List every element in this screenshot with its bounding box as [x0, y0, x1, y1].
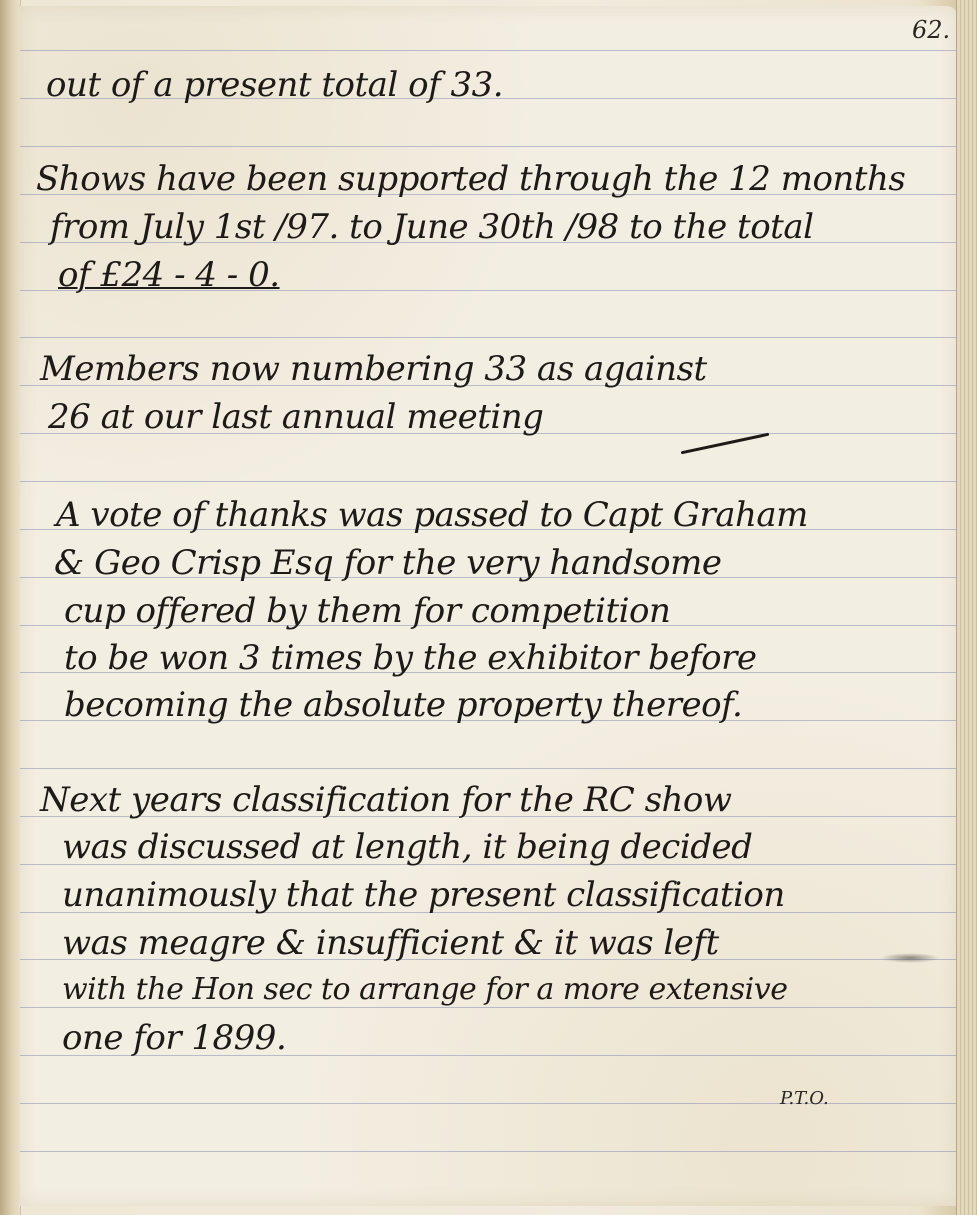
ruled-line [20, 337, 957, 338]
handwritten-line: out of a present total of 33. [46, 68, 503, 102]
handwritten-line: becoming the absolute property thereof. [64, 688, 742, 722]
handwritten-line: of £24 - 4 - 0. [58, 258, 280, 292]
handwritten-line: 26 at our last annual meeting [48, 400, 543, 434]
please-turn-over-note: P.T.O. [780, 1088, 829, 1109]
handwritten-line: cup offered by them for competition [64, 594, 670, 628]
ruled-line [20, 50, 957, 51]
binding-gutter [0, 0, 21, 1215]
handwritten-line: with the Hon sec to arrange for a more e… [62, 975, 787, 1005]
handwritten-line: from July 1st /97. to June 30th /98 to t… [50, 210, 813, 244]
handwritten-line: & Geo Crisp Esq for the very handsome [54, 546, 721, 580]
handwritten-line: was discussed at length, it being decide… [62, 830, 752, 864]
ruled-line [20, 1007, 957, 1008]
handwritten-line: Members now numbering 33 as against [40, 352, 707, 386]
ruled-line [20, 146, 957, 147]
page-number: 62. [912, 16, 950, 44]
ruled-line [20, 481, 957, 482]
page-edges [956, 0, 977, 1215]
ink-smudge [880, 953, 940, 963]
handwritten-line: Shows have been supported through the 12… [36, 162, 905, 196]
notebook-spread: 62. out of a present total of 33. Shows … [0, 0, 977, 1215]
handwritten-line: was meagre & insufficient & it was left [62, 926, 719, 960]
handwritten-line: one for 1899. [62, 1021, 286, 1055]
handwritten-line: A vote of thanks was passed to Capt Grah… [56, 498, 808, 532]
handwritten-line: Next years classification for the RC sho… [40, 783, 732, 817]
handwritten-line: unanimously that the present classificat… [62, 878, 785, 912]
handwritten-line: to be won 3 times by the exhibitor befor… [64, 641, 757, 675]
ruled-line [20, 1151, 957, 1152]
ruled-line [20, 768, 957, 769]
